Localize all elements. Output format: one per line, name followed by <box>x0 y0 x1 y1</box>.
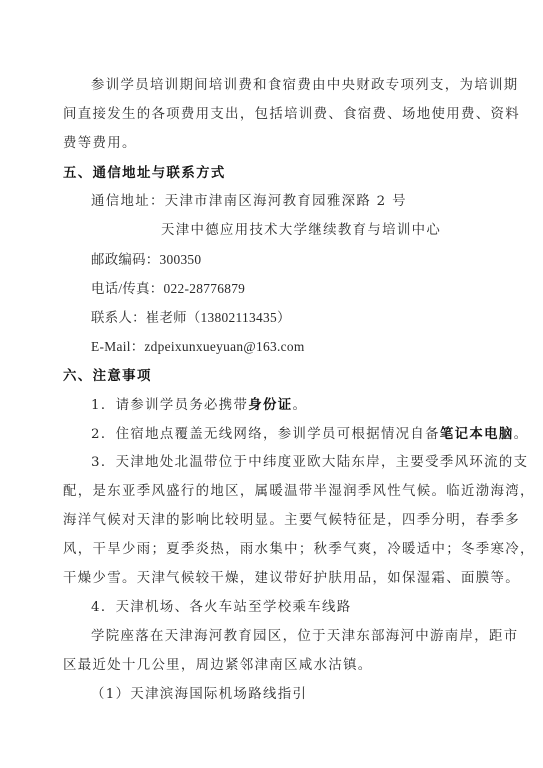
notice-item-1-end: 。 <box>293 398 308 413</box>
email-line: E-Mail：zdpeixunxueyuan@163.com <box>91 338 495 356</box>
notice-item-2-end: 。 <box>514 427 529 442</box>
phone-line: 电话/传真：022-28776879 <box>91 280 495 298</box>
campus-line-2: 区最近处十几公里，周边紧邻津南区咸水沽镇。 <box>63 657 467 675</box>
notice-item-2-emphasis: 笔记本电脑 <box>440 426 514 442</box>
address-line-2: 天津中德应用技术大学继续教育与培训中心 <box>161 222 543 240</box>
section-5-heading: 五、通信地址与联系方式 <box>63 164 467 182</box>
campus-line-1: 学院座落在天津海河教育园区，位于天津东部海河中游南岸，距市 <box>91 628 495 646</box>
postcode-line: 邮政编码：300350 <box>91 251 495 269</box>
airport-route-heading: （1）天津滨海国际机场路线指引 <box>91 686 495 704</box>
notice-item-3-line-2: 配，是东亚季风盛行的地区，属暖温带半湿润季风性气候。临近渤海湾， <box>63 483 467 501</box>
document-page: 参训学员培训期间培训费和食宿费由中央财政专项列支，为培训期 间直接发生的各项费用… <box>0 0 543 768</box>
notice-item-1-text: 1．请参训学员务必携带 <box>91 398 248 413</box>
paragraph-fees-line-2: 间直接发生的各项费用支出，包括培训费、食宿费、场地使用费、资料 <box>63 106 467 124</box>
notice-item-2-text: 2．住宿地点覆盖无线网络，参训学员可根据情况自备 <box>91 427 440 442</box>
section-6-heading: 六、注意事项 <box>63 367 467 385</box>
notice-item-2: 2．住宿地点覆盖无线网络，参训学员可根据情况自备笔记本电脑。 <box>91 425 495 443</box>
notice-item-1: 1．请参训学员务必携带身份证。 <box>91 396 495 414</box>
notice-item-1-emphasis: 身份证 <box>248 397 292 413</box>
notice-item-3-line-5: 干燥少雪。天津气候较干燥，建议带好护肤用品，如保湿霜、面膜等。 <box>63 570 467 588</box>
notice-item-4: 4．天津机场、各火车站至学校乘车线路 <box>91 599 495 617</box>
contact-line: 联系人：崔老师（13802113435） <box>91 309 495 327</box>
notice-item-3-line-1: 3．天津地处北温带位于中纬度亚欧大陆东岸，主要受季风环流的支 <box>91 454 495 472</box>
address-line-1: 通信地址：天津市津南区海河教育园雅深路 2 号 <box>91 193 495 211</box>
notice-item-3-line-3: 海洋气候对天津的影响比较明显。主要气候特征是，四季分明，春季多 <box>63 512 467 530</box>
paragraph-fees-line-1: 参训学员培训期间培训费和食宿费由中央财政专项列支，为培训期 <box>91 77 495 95</box>
notice-item-3-line-4: 风，干旱少雨；夏季炎热，雨水集中；秋季气爽，冷暖适中；冬季寒冷， <box>63 541 467 559</box>
paragraph-fees-line-3: 费等费用。 <box>63 135 467 153</box>
